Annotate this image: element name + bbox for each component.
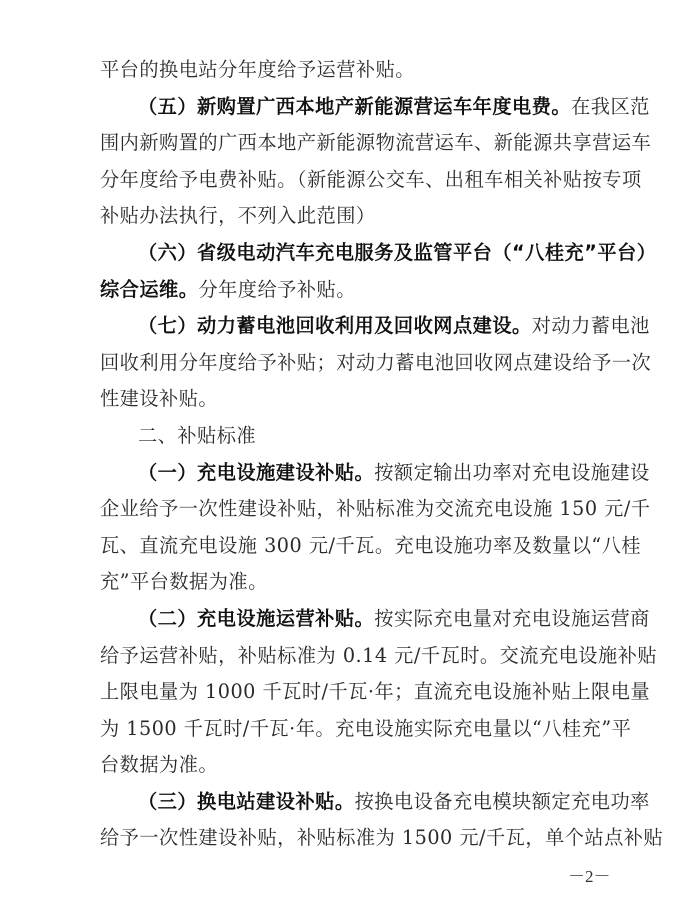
paragraph-line: 给予一次性建设补贴，补贴标准为 1500 元/千瓦，单个站点补贴 <box>100 820 602 857</box>
subsidy-3-heading: （三）换电站建设补贴。按换电设备充电模块额定充电功率 <box>100 784 602 821</box>
section-2-heading: 二、补贴标准 <box>100 418 602 455</box>
paragraph-line: 上限电量为 1000 千瓦时/千瓦·年；直流充电设施补贴上限电量 <box>100 674 602 711</box>
paragraph-line: 性建设补贴。 <box>100 381 602 418</box>
page-number: －2－ <box>568 862 611 887</box>
item-6-heading: （六）省级电动汽车充电服务及监管平台（“八桂充”平台） <box>100 235 602 272</box>
paragraph-line: 充”平台数据为准。 <box>100 564 602 601</box>
paragraph-line: 围内新购置的广西本地产新能源物流营运车、新能源共享营运车 <box>100 125 602 162</box>
paragraph-line: 平台的换电站分年度给予运营补贴。 <box>100 52 602 89</box>
paragraph-line: 企业给予一次性建设补贴，补贴标准为交流充电设施 150 元/千 <box>100 491 602 528</box>
paragraph-line: 给予运营补贴，补贴标准为 0.14 元/千瓦时。交流充电设施补贴 <box>100 638 602 675</box>
paragraph-line: 为 1500 千瓦时/千瓦·年。充电设施实际充电量以“八桂充”平 <box>100 711 602 748</box>
item-7-heading: （七）动力蓄电池回收利用及回收网点建设。对动力蓄电池 <box>100 308 602 345</box>
paragraph-line: 补贴办法执行，不列入此范围） <box>100 198 602 235</box>
paragraph-line: 分年度给予电费补贴。（新能源公交车、出租车相关补贴按专项 <box>100 162 602 199</box>
subsidy-1-heading: （一）充电设施建设补贴。按额定输出功率对充电设施建设 <box>100 455 602 492</box>
paragraph-line: 瓦、直流充电设施 300 元/千瓦。充电设施功率及数量以“八桂 <box>100 528 602 565</box>
subsidy-2-heading: （二）充电设施运营补贴。按实际充电量对充电设施运营商 <box>100 601 602 638</box>
paragraph-line: 台数据为准。 <box>100 747 602 784</box>
document-page: 平台的换电站分年度给予运营补贴。 （五）新购置广西本地产新能源营运车年度电费。在… <box>100 52 602 857</box>
paragraph-line: 综合运维。分年度给予补贴。 <box>100 272 602 309</box>
item-5-heading: （五）新购置广西本地产新能源营运车年度电费。在我区范 <box>100 89 602 126</box>
paragraph-line: 回收利用分年度给予补贴；对动力蓄电池回收网点建设给予一次 <box>100 345 602 382</box>
